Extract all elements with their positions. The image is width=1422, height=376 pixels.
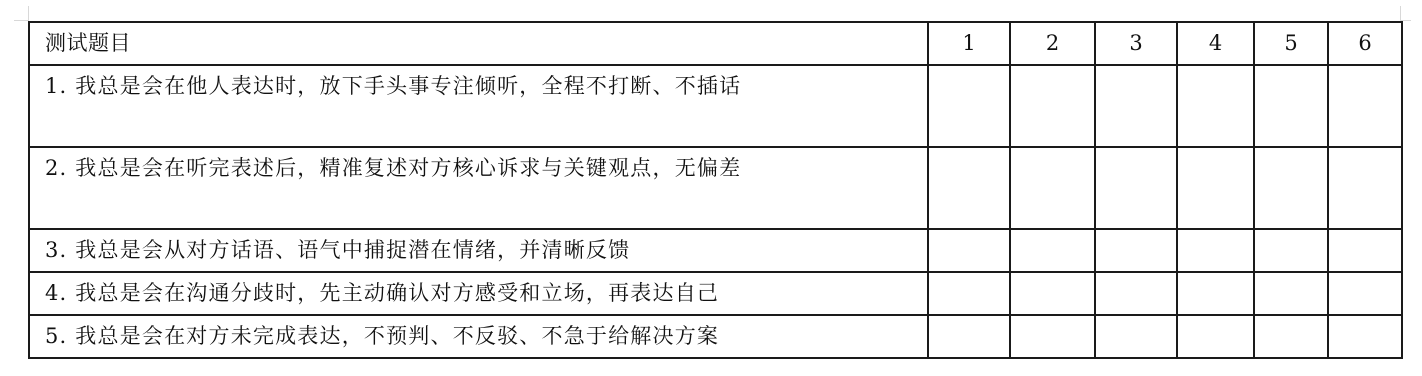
crop-mark-left-vertical: [28, 6, 29, 21]
score-cell-2[interactable]: [1010, 147, 1095, 229]
score-cell-2[interactable]: [1010, 272, 1095, 315]
score-cell-1[interactable]: [928, 65, 1010, 147]
score-cell-4[interactable]: [1177, 147, 1254, 229]
score-cell-3[interactable]: [1095, 229, 1177, 272]
header-score-4: 4: [1177, 22, 1254, 65]
header-score-2: 2: [1010, 22, 1095, 65]
question-text: 2. 我总是会在听完表述后，精准复述对方核心诉求与关键观点，无偏差: [45, 148, 925, 189]
score-cell-5[interactable]: [1254, 315, 1328, 358]
score-cell-4[interactable]: [1177, 315, 1254, 358]
table-row: 3. 我总是会从对方话语、语气中捕捉潜在情绪，并清晰反馈: [29, 229, 1402, 272]
crop-mark-right-vertical: [1400, 6, 1401, 21]
question-cell: 5. 我总是会在对方未完成表达，不预判、不反驳、不急于给解决方案: [29, 315, 928, 358]
score-cell-2[interactable]: [1010, 315, 1095, 358]
score-cell-6[interactable]: [1328, 147, 1402, 229]
header-score-6: 6: [1328, 22, 1402, 65]
header-question-label: 测试题目: [45, 31, 131, 55]
crop-mark-left-horizontal: [14, 20, 28, 21]
score-cell-3[interactable]: [1095, 315, 1177, 358]
question-text: 5. 我总是会在对方未完成表达，不预判、不反驳、不急于给解决方案: [45, 316, 925, 357]
survey-table: 测试题目 1 2 3 4 5 6 1. 我总是会在他人表达时，放下手头事专注倾听…: [28, 21, 1403, 359]
header-score-1: 1: [928, 22, 1010, 65]
score-cell-5[interactable]: [1254, 65, 1328, 147]
score-cell-5[interactable]: [1254, 147, 1328, 229]
question-cell: 3. 我总是会从对方话语、语气中捕捉潜在情绪，并清晰反馈: [29, 229, 928, 272]
header-score-3: 3: [1095, 22, 1177, 65]
score-cell-5[interactable]: [1254, 229, 1328, 272]
score-cell-4[interactable]: [1177, 229, 1254, 272]
score-cell-1[interactable]: [928, 272, 1010, 315]
question-cell: 2. 我总是会在听完表述后，精准复述对方核心诉求与关键观点，无偏差: [29, 147, 928, 229]
score-cell-4[interactable]: [1177, 272, 1254, 315]
table-row: 2. 我总是会在听完表述后，精准复述对方核心诉求与关键观点，无偏差: [29, 147, 1402, 229]
score-cell-6[interactable]: [1328, 229, 1402, 272]
score-cell-6[interactable]: [1328, 272, 1402, 315]
score-cell-3[interactable]: [1095, 147, 1177, 229]
score-cell-3[interactable]: [1095, 272, 1177, 315]
score-cell-3[interactable]: [1095, 65, 1177, 147]
score-cell-4[interactable]: [1177, 65, 1254, 147]
score-cell-6[interactable]: [1328, 65, 1402, 147]
header-row: 测试题目 1 2 3 4 5 6: [29, 22, 1402, 65]
header-score-5: 5: [1254, 22, 1328, 65]
score-cell-1[interactable]: [928, 315, 1010, 358]
table-row: 5. 我总是会在对方未完成表达，不预判、不反驳、不急于给解决方案: [29, 315, 1402, 358]
score-cell-5[interactable]: [1254, 272, 1328, 315]
score-cell-2[interactable]: [1010, 229, 1095, 272]
question-cell: 1. 我总是会在他人表达时，放下手头事专注倾听，全程不打断、不插话: [29, 65, 928, 147]
score-cell-6[interactable]: [1328, 315, 1402, 358]
question-text: 4. 我总是会在沟通分歧时，先主动确认对方感受和立场，再表达自己: [45, 273, 925, 314]
table-row: 4. 我总是会在沟通分歧时，先主动确认对方感受和立场，再表达自己: [29, 272, 1402, 315]
header-question-column: 测试题目: [29, 22, 928, 65]
question-text: 3. 我总是会从对方话语、语气中捕捉潜在情绪，并清晰反馈: [45, 230, 925, 271]
score-cell-1[interactable]: [928, 147, 1010, 229]
table-row: 1. 我总是会在他人表达时，放下手头事专注倾听，全程不打断、不插话: [29, 65, 1402, 147]
score-cell-2[interactable]: [1010, 65, 1095, 147]
score-cell-1[interactable]: [928, 229, 1010, 272]
question-cell: 4. 我总是会在沟通分歧时，先主动确认对方感受和立场，再表达自己: [29, 272, 928, 315]
question-text: 1. 我总是会在他人表达时，放下手头事专注倾听，全程不打断、不插话: [45, 66, 925, 107]
